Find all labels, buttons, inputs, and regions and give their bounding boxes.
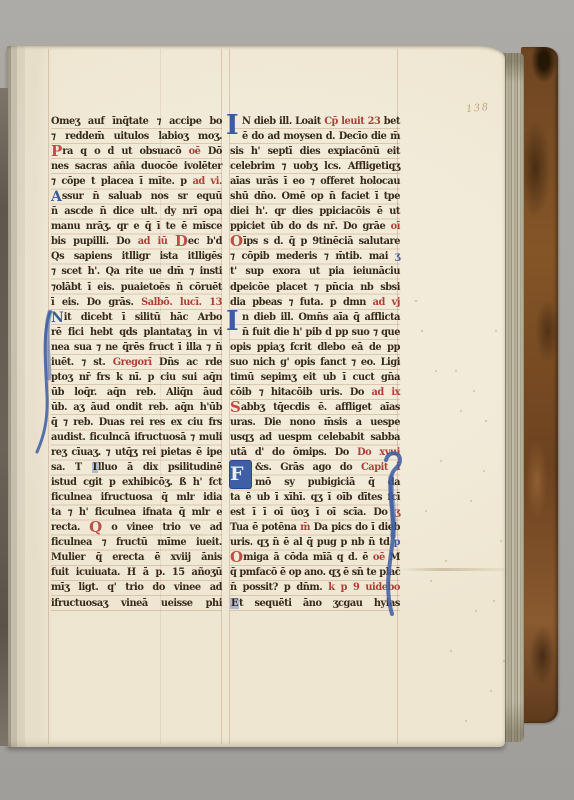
text-segment: Dn̄s ac rde [159,357,222,368]
text-segment: sa. T [51,462,92,473]
text-line: sa. T Illuo ā dix psilitudinē [51,460,222,475]
text-segment: Do xvui [357,447,400,458]
text-segment: shū dn̄o. Omē op n̄ faciet ī tpe [230,191,400,202]
text-line: uris. qʒ n̄ ē al q̄ pug p nb n̄ td p [230,535,400,550]
text-segment: oē [373,552,390,563]
illuminated-initial: O [230,548,243,566]
text-segment: mō sy pubigiciā q̄ da [255,477,400,488]
text-segment: bet [384,116,400,127]
text-line: usqʒ ad uespm celebabit sabba [230,430,400,445]
text-segment: fuit icuiuata. H ā p. 15 añoʒū [51,567,222,578]
text-segment: ⁊ scet h'. Qa rite ue dm̄ ⁊ insti [51,266,222,277]
text-line: ⁊ cōpib mederis ⁊ m̄tib. mai ʒ [230,249,400,264]
text-line: fuit icuiuata. H ā p. 15 añoʒū [51,565,222,580]
text-segment: n̄ fuit die h' pib d pp suo ⁊ que [242,327,400,338]
text-segment: timū sepimʒ eit ub ī cuct gn̄a [230,372,400,383]
text-line: istud cgit p exhibicōʒ. ß h' fct [51,475,222,490]
text-segment: &s. Grās ago do [255,462,361,473]
text-column-left: Omeʒ auf īnq̄tate ⁊ accipe bo⁊ reddem̄ u… [51,114,222,612]
illuminated-initial: D [175,232,188,250]
text-segment: ⁊olābt ī eis. puaietoēs n̄ cōruēt [51,282,222,293]
text-segment: uras. Die nono m̄sis a uespe [230,417,400,428]
text-line: diei h'. qr dies ppiciacōis ē ut [230,204,400,219]
text-line: Assur n̄ saluab nos sr equū [51,189,222,204]
text-line: ptoʒ nr̄ frs k nī. p ciu sui aq̄n [51,370,222,385]
text-segment: dpeicōe placet ⁊ pn̄cia nb sbsi [230,282,400,293]
text-segment: Da pics do ī dieb [314,522,400,533]
text-line: ⁊ reddem̄ uitulos labioʒ moʒ. [51,129,222,144]
text-segment: Qs sapiens itlligr ista itlligēs [51,251,222,262]
text-segment: ad vi. [192,176,222,187]
text-line: nea sua ⁊ ne q̄rēs fruct ī illa ⁊ n̄ [51,340,222,355]
text-line: sis h' septī dies expiacōnū eit [230,144,400,159]
text-line: cōib ⁊ hitacōib uris. Do ad ix [230,385,400,400]
text-line: ⁊ cōpe t placea ī mīte. p ad vi. [51,174,222,189]
text-segment: N dieb ill. Loait [242,116,324,127]
text-segment: nes sacras añia duocōe ivolēter [51,161,222,172]
text-segment: dia pbeas ⁊ futa. p dmn [230,297,373,308]
text-line: manu nrāʒ. qr e q̄ ī te ē mīsce [51,219,222,234]
text-line: iuēt. ⁊ st. Gregorī Dn̄s ac rde [51,355,222,370]
text-line: t' sup exora ut pia ieiunāciu [230,264,400,279]
text-line: reʒ cīuaʒ. ⁊ utq̄ʒ rei pietas ē ipe [51,445,222,460]
text-line: In dieb ill. Omn̄s aīa q̄ afflicta [230,310,400,325]
parchment-stain [400,568,506,571]
text-segment: ⁊ reddem̄ uitulos labioʒ moʒ. [51,131,222,142]
text-segment: E [230,598,239,609]
text-segment: iuēt. ⁊ st. [51,357,113,368]
folio-number: 138 [465,102,490,115]
text-line: audist. ficulncā ifructuosā ⁊ muli [51,430,222,445]
text-segment: rē fici hebt qds plantataʒ in vi [51,327,222,338]
photo-backdrop: 138 Omeʒ auf īnq̄tate ⁊ accipe bo⁊ redde… [0,0,574,800]
text-line: ūb. aʒ āud ondit reb. aq̄n h'ūb [51,400,222,415]
text-line: ⁊olābt ī eis. puaietoēs n̄ cōruēt [51,280,222,295]
text-line: Nit dicebt ī silitū hāc Arbo [51,310,222,325]
text-line: ppiciet ūb do ds nr̄. Do grāe oī [230,219,400,234]
text-segment: ppiciet ūb do ds nr̄. Do grāe [230,221,391,232]
text-line: ē do ad moysen d. Decīo die m̄ [230,129,400,144]
text-line: ⁊ scet h'. Qa rite ue dm̄ ⁊ insti [51,264,222,279]
text-segment: ta ē ub ī xīhī. qʒ ī oīb dītes fcī [230,492,400,503]
text-segment: oē [189,146,201,157]
text-line: dpeicōe placet ⁊ pn̄cia nb sbsi [230,280,400,295]
text-line: ī eis. Do grās. Salbō. lucī. 13 [51,295,222,310]
parchment-grain [415,300,417,302]
text-segment: ad iū [138,236,175,247]
leather-cover-edge [521,47,558,723]
text-segment: mīʒ ligt. q' trio do vinee ad [51,582,222,593]
text-segment: ptoʒ nr̄ frs k nī. p ciu sui aq̄n [51,372,222,383]
text-segment: q̄ pmfacō ē op ano. qʒ ē sn̄ te plac̄ [230,567,400,578]
text-line: n̄ possit? p dn̄m. k p 9 uidebo [230,580,400,595]
text-line: q̄ ⁊ reb. Duas rei res ex ciu frs [51,415,222,430]
illuminated-initial: N [51,310,64,326]
text-segment: ⁊ cōpib mederis ⁊ m̄tib. mai [230,251,395,262]
text-segment: diei h'. qr dies ppiciacōis ē ut [230,206,400,217]
text-line: Et sequēti āno ʒcgau hyias [230,596,400,611]
text-segment: utā d' do ōmips. Do [230,447,357,458]
text-line: rē fici hebt qds plantataʒ in vi [51,325,222,340]
text-line: ifructuosaʒ vineā ueisse phi [51,596,222,611]
text-line: shū dn̄o. Omē op n̄ faciet ī tpe [230,189,400,204]
illuminated-initial: S [230,398,241,416]
text-segment: lluo ā dix psilitudinē [98,462,222,473]
text-segment: suo nich g' opis fanct ⁊ eo. Ligi [230,357,400,368]
text-segment: Gregorī [113,357,159,368]
text-segment: Salbō. lucī. 13 [141,297,222,308]
text-segment: ec b'd [188,236,222,247]
text-line: Tua ē potēna m̄ Da pics do ī dieb [230,520,400,535]
text-segment: celebrim ⁊ uobʒ lcs. Affligetiqʒ [230,161,400,172]
text-segment: n̄ ascde n̄ dice ult. dy nrī opa [51,206,222,217]
ruling-vertical [48,49,49,744]
text-segment: t' sup exora ut pia ieiunāciu [230,266,400,277]
text-line: timū sepimʒ eit ub ī cuct gn̄a [230,370,400,385]
text-segment: Cp̄ leuit 23 [324,116,384,127]
text-line: ficulnea ifructuosa q̄ mlr idia [51,490,222,505]
text-line: utā d' do ōmips. Do Do xvui [230,445,400,460]
text-line: IN dieb ill. Loait Cp̄ leuit 23 bet [230,114,400,129]
text-line: celebrim ⁊ uobʒ lcs. Affligetiqʒ [230,159,400,174]
illuminated-initial: O [230,232,243,250]
text-line: n̄ fuit die h' pib d pp suo ⁊ que [230,325,400,340]
text-segment: īps s d. q̄ p 9tinēciā salutare [243,236,400,247]
text-segment: ʒ [395,251,400,262]
text-segment: usqʒ ad uespm celebabit sabba [230,432,400,443]
text-segment: ē do ad moysen d. Decīo die m̄ [242,131,400,142]
text-segment: n̄ possit? p dn̄m. [230,582,328,593]
text-line: aīas urās ī eo ⁊ offeret holocau [230,174,400,189]
text-segment: ta ⁊ h' ficulnea ifnata q̄ mlr e [51,507,222,518]
text-segment: it dicebt ī silitū hāc Arbo [64,312,222,323]
text-segment: recta. [51,522,89,533]
text-segment: aīas urās ī eo ⁊ offeret holocau [230,176,400,187]
text-segment: ⁊ cōpe t placea ī mīte. p [51,176,192,187]
manuscript-page: 138 Omeʒ auf īnq̄tate ⁊ accipe bo⁊ redde… [7,46,505,747]
text-line: n̄ ascde n̄ dice ult. dy nrī opa [51,204,222,219]
text-segment: ficulnea ⁊ fructū mīme iueit. [51,537,222,548]
text-segment: sis h' septī dies expiacōnū eit [230,146,400,157]
text-segment: Capit ī [361,462,400,473]
text-segment: ūb. aʒ āud ondit reb. aq̄n h'ūb [51,402,222,413]
text-line: Sabbʒ tq̄ecdis ē. affliget aīas [230,400,400,415]
text-line: uras. Die nono m̄sis a uespe [230,415,400,430]
text-segment: audist. ficulncā ifructuosā ⁊ muli [51,432,222,443]
text-segment: ifructuosaʒ vineā ueisse phi [51,598,222,609]
text-segment: est ī ī oī ūoʒ ī oī scīa. Do [230,507,395,518]
text-line: dia pbeas ⁊ futa. p dmn ad vj [230,295,400,310]
text-segment: m̄ [300,522,314,533]
text-line: Qs sapiens itlligr ista itlligēs [51,249,222,264]
text-segment: t sequēti āno ʒcgau hyias [239,598,400,609]
text-line: Omiga ā cōda mīā q d. ē oē M [230,550,400,565]
text-segment: Mulier q̄ erecta ē xviij ānis [51,552,222,563]
text-line: opis ppiaʒ fcrit dlebo eā de pp [230,340,400,355]
text-line: F&s. Grās ago do Capit ī [230,460,400,475]
text-line: bis pupilli. Do ad iū Dec b'd [51,234,222,249]
page-block-edges [503,53,524,742]
text-segment: n dieb ill. Omn̄s aīa q̄ afflicta [242,312,400,323]
text-segment: p [394,537,400,548]
text-segment: ʒ [395,507,400,518]
illuminated-initial: Q [89,518,102,536]
illuminated-initial: A [51,189,62,205]
illuminated-initial: P [51,142,62,160]
text-line: ficulnea ⁊ fructū mīme iueit. [51,535,222,550]
spine-edge [0,88,8,746]
text-segment: ī eis. Do grās. [51,297,141,308]
text-segment: ra q o d ut obsuacō [62,146,188,157]
text-line: est ī ī oī ūoʒ ī oī scīa. Do ʒ [230,505,400,520]
text-line: recta. Q o vinee trio ve ad [51,520,222,535]
text-segment: o vinee trio ve ad [102,522,222,533]
text-segment: uris. qʒ n̄ ē al q̄ pug p nb n̄ td [230,537,394,548]
text-segment: opis ppiaʒ fcrit dlebo eā de pp [230,342,400,353]
text-segment: ad ix [372,387,401,398]
text-segment: cōib ⁊ hitacōib uris. Do [230,387,372,398]
text-segment: Tua ē potēna [230,522,300,533]
text-line: Mulier q̄ erecta ē xviij ānis [51,550,222,565]
text-segment: M [390,552,400,563]
text-line: mō sy pubigiciā q̄ da [230,475,400,490]
text-segment: manu nrāʒ. qr e q̄ ī te ē mīsce [51,221,222,232]
text-line: Pra q o d ut obsuacō oē Dō [51,144,222,159]
text-segment: oī [391,221,400,232]
text-segment: ūb loq̄r. aq̄n reb. Aliq̄n āud [51,387,222,398]
text-segment: q̄ ⁊ reb. Duas rei res ex ciu frs [51,417,222,428]
text-line: ūb loq̄r. aq̄n reb. Aliq̄n āud [51,385,222,400]
text-column-right: IN dieb ill. Loait Cp̄ leuit 23 betē do … [230,114,400,612]
text-segment: Omeʒ auf īnq̄tate ⁊ accipe bo [51,116,222,127]
text-segment: ficulnea ifructuosa q̄ mlr idia [51,492,222,503]
text-line: ta ē ub ī xīhī. qʒ ī oīb dītes fcī [230,490,400,505]
text-segment: nea sua ⁊ ne q̄rēs fruct ī illa ⁊ n̄ [51,342,222,353]
text-segment: miga ā cōda mīā q d. ē [243,552,373,563]
text-line: suo nich g' opis fanct ⁊ eo. Ligi [230,355,400,370]
text-line: ta ⁊ h' ficulnea ifnata q̄ mlr e [51,505,222,520]
text-segment: abbʒ tq̄ecdis ē. affliget aīas [241,402,400,413]
text-segment: bis pupilli. Do [51,236,138,247]
text-segment: Dō [200,146,222,157]
text-segment: ssur n̄ saluab nos sr equū [62,191,222,202]
text-line: Omeʒ auf īnq̄tate ⁊ accipe bo [51,114,222,129]
text-segment: k p 9 uidebo [328,582,400,593]
text-line: q̄ pmfacō ē op ano. qʒ ē sn̄ te plac̄ [230,565,400,580]
text-segment: reʒ cīuaʒ. ⁊ utq̄ʒ rei pietas ē ipe [51,447,222,458]
text-line: mīʒ ligt. q' trio do vinee ad [51,580,222,595]
text-segment: ad vj [373,297,400,308]
text-line: Oīps s d. q̄ p 9tinēciā salutare [230,234,400,249]
text-line: nes sacras añia duocōe ivolēter [51,159,222,174]
text-segment: istud cgit p exhibicōʒ. ß h' fct [51,477,222,488]
